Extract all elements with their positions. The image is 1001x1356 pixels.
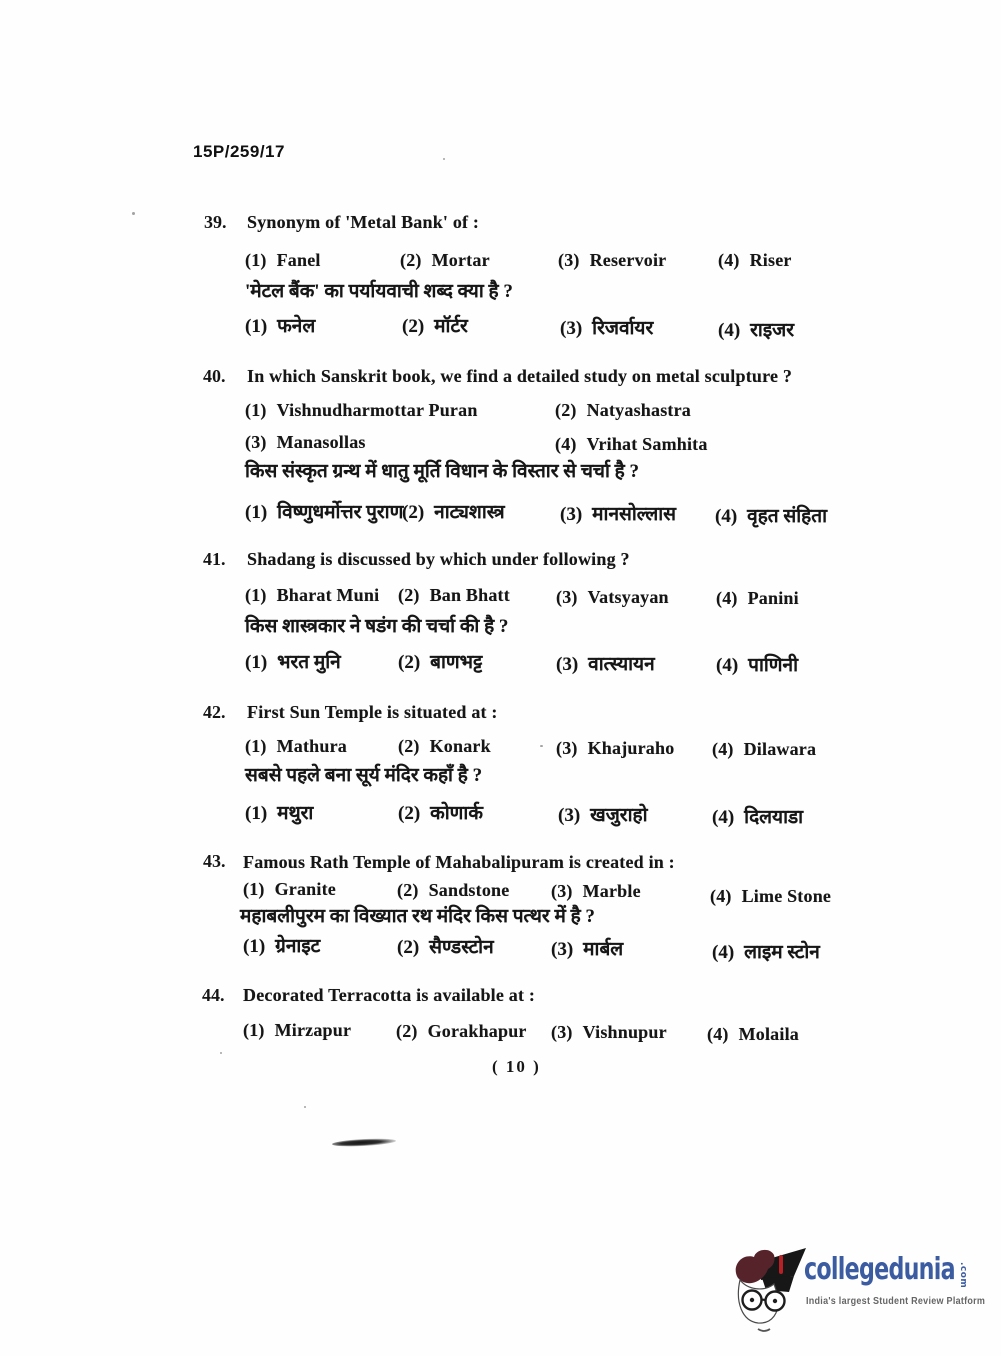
q41-option-2-hi: (2)बाणभट्ट — [398, 648, 482, 674]
question-43-number: 43. — [203, 851, 226, 872]
q44-option-4-en: (4)Molaila — [707, 1024, 799, 1045]
option-number: (4) — [707, 1024, 729, 1045]
option-text: Gorakhapur — [428, 1021, 527, 1041]
brand-name: collegedunia — [804, 1252, 955, 1287]
option-number: (1) — [243, 879, 265, 900]
option-number: (1) — [245, 400, 267, 421]
option-text: Sandstone — [429, 880, 510, 900]
question-42-text-hi: सबसे पहले बना सूर्य मंदिर कहाँ है ? — [245, 765, 482, 787]
q39-option-1-hi: (1)फनेल — [245, 312, 315, 338]
option-text: दिलयाडा — [744, 807, 803, 828]
option-text: मथुरा — [277, 803, 313, 824]
option-text: Lime Stone — [742, 886, 832, 906]
q43-option-1-hi: (1)ग्रेनाइट — [243, 932, 320, 958]
q42-option-4-hi: (4)दिलयाडा — [712, 803, 803, 829]
option-text: Mortar — [432, 250, 490, 270]
question-41-number: 41. — [203, 549, 226, 570]
option-number: (3) — [560, 504, 582, 526]
option-number: (2) — [402, 502, 424, 524]
option-text: मानसोल्लास — [592, 504, 676, 525]
q41-option-1-en: (1)Bharat Muni — [245, 585, 379, 606]
option-text: लाइम स्टोन — [744, 942, 820, 963]
graduate-boy-mascot-icon — [728, 1236, 808, 1336]
option-text: Dilawara — [744, 739, 817, 759]
q41-option-4-en: (4)Panini — [716, 588, 799, 609]
q41-option-1-hi: (1)भरत मुनि — [245, 648, 341, 674]
option-text: विष्णुधर्मोत्तर पुराण — [277, 502, 403, 523]
scan-speck — [132, 212, 135, 215]
option-text: सैण्डस्टोन — [429, 937, 493, 958]
q44-option-2-en: (2)Gorakhapur — [396, 1021, 527, 1042]
option-number: (4) — [716, 588, 738, 609]
question-44-number: 44. — [202, 985, 225, 1006]
brand-tld: .com — [958, 1262, 968, 1288]
option-number: (4) — [712, 739, 734, 760]
q39-option-4-hi: (4)राइजर — [718, 316, 794, 342]
q43-option-4-hi: (4)लाइम स्टोन — [712, 938, 820, 964]
question-43-text-en: Famous Rath Temple of Mahabalipuram is c… — [243, 852, 675, 873]
option-text: खजुराहो — [590, 805, 647, 826]
q43-option-2-en: (2)Sandstone — [397, 880, 509, 901]
option-number: (3) — [556, 654, 578, 676]
option-text: रिजर्वायर — [592, 318, 653, 339]
option-number: (2) — [555, 400, 577, 421]
option-number: (1) — [245, 502, 267, 524]
option-text: Mirzapur — [275, 1020, 352, 1040]
option-number: (2) — [398, 652, 420, 674]
q43-option-3-en: (3)Marble — [551, 881, 641, 902]
option-text: Vishnudharmottar Puran — [277, 400, 478, 420]
brand-tagline: India's largest Student Review Platform — [806, 1296, 985, 1307]
scan-speck — [540, 745, 543, 747]
option-number: (3) — [551, 881, 573, 902]
option-number: (4) — [712, 807, 734, 829]
option-number: (2) — [397, 937, 419, 959]
option-text: Manasollas — [277, 432, 366, 452]
option-number: (3) — [245, 432, 267, 453]
page-number: ( 10 ) — [492, 1057, 541, 1077]
scan-speck — [443, 158, 445, 160]
q40-option-2-en: (2)Natyashastra — [555, 400, 691, 421]
option-number: (1) — [245, 652, 267, 674]
q40-option-2-hi: (2)नाट्यशास्त्र — [402, 498, 505, 524]
collegedunia-logo: collegedunia .com India's largest Studen… — [728, 1236, 1000, 1341]
q40-option-3-hi: (3)मानसोल्लास — [560, 500, 676, 526]
option-text: Marble — [583, 881, 641, 901]
option-text: Konark — [430, 736, 491, 756]
option-number: (2) — [402, 316, 424, 338]
option-text: बाणभट्ट — [430, 652, 482, 673]
q43-option-3-hi: (3)मार्बल — [551, 935, 623, 961]
q43-option-2-hi: (2)सैण्डस्टोन — [397, 933, 494, 959]
question-40-number: 40. — [203, 366, 226, 387]
q40-option-1-hi: (1)विष्णुधर्मोत्तर पुराण — [245, 498, 403, 524]
option-number: (1) — [245, 736, 267, 757]
option-text: Panini — [748, 588, 799, 608]
q39-option-4-en: (4)Riser — [718, 250, 792, 271]
q44-option-1-en: (1)Mirzapur — [243, 1020, 351, 1041]
q39-option-3-hi: (3)रिजर्वायर — [560, 314, 653, 340]
q41-option-3-hi: (3)वात्स्यायन — [556, 650, 655, 676]
option-text: ग्रेनाइट — [275, 936, 320, 957]
option-text: Bharat Muni — [277, 585, 380, 605]
q42-option-3-en: (3)Khajuraho — [556, 738, 674, 759]
option-number: (4) — [715, 506, 737, 528]
ink-smudge — [332, 1137, 396, 1147]
question-44-text-en: Decorated Terracotta is available at : — [243, 985, 535, 1006]
scan-speck — [220, 1052, 222, 1054]
option-text: नाट्यशास्त्र — [434, 502, 504, 523]
option-text: मॉर्टर — [434, 316, 468, 337]
scan-speck — [304, 1106, 306, 1108]
q39-option-2-en: (2)Mortar — [400, 250, 490, 271]
option-text: Ban Bhatt — [430, 585, 510, 605]
option-text: Vishnupur — [583, 1022, 667, 1042]
option-number: (2) — [397, 880, 419, 901]
question-41-text-hi: किस शास्त्रकार ने षडंग की चर्चा की है ? — [245, 616, 508, 638]
option-text: Vrihat Samhita — [587, 434, 708, 454]
option-number: (2) — [396, 1021, 418, 1042]
option-text: मार्बल — [583, 939, 623, 960]
option-number: (1) — [245, 250, 267, 271]
q39-option-2-hi: (2)मॉर्टर — [402, 312, 468, 338]
option-text: कोणार्क — [430, 803, 483, 824]
option-text: Fanel — [277, 250, 321, 270]
option-number: (4) — [555, 434, 577, 455]
option-text: पाणिनी — [748, 655, 798, 676]
option-number: (3) — [558, 805, 580, 827]
q42-option-2-hi: (2)कोणार्क — [398, 799, 483, 825]
option-number: (1) — [243, 936, 265, 958]
option-text: Reservoir — [590, 250, 667, 270]
q40-option-4-hi: (4)वृहत संहिता — [715, 502, 827, 528]
q42-option-4-en: (4)Dilawara — [712, 739, 816, 760]
q39-option-1-en: (1)Fanel — [245, 250, 321, 271]
option-number: (2) — [400, 250, 422, 271]
option-number: (1) — [245, 316, 267, 338]
option-number: (2) — [398, 585, 420, 606]
option-text: भरत मुनि — [277, 652, 341, 673]
option-number: (4) — [718, 320, 740, 342]
q42-option-2-en: (2)Konark — [398, 736, 491, 757]
q40-option-1-en: (1)Vishnudharmottar Puran — [245, 400, 478, 421]
option-number: (2) — [398, 736, 420, 757]
q40-option-3-en: (3)Manasollas — [245, 432, 366, 453]
exam-paper-page: 15P/259/17 39. Synonym of 'Metal Bank' o… — [0, 0, 1001, 1356]
option-number: (3) — [556, 738, 578, 759]
q41-option-3-en: (3)Vatsyayan — [556, 587, 669, 608]
q43-option-1-en: (1)Granite — [243, 879, 336, 900]
question-42-text-en: First Sun Temple is situated at : — [247, 702, 498, 723]
q44-option-3-en: (3)Vishnupur — [551, 1022, 667, 1043]
option-number: (4) — [712, 942, 734, 964]
q39-option-3-en: (3)Reservoir — [558, 250, 666, 271]
option-number: (3) — [558, 250, 580, 271]
option-text: Granite — [275, 879, 336, 899]
option-text: वृहत संहिता — [747, 506, 827, 527]
question-40-text-en: In which Sanskrit book, we find a detail… — [247, 366, 792, 387]
paper-code: 15P/259/17 — [193, 142, 285, 162]
question-43-text-hi: महाबलीपुरम का विख्यात रथ मंदिर किस पत्थर… — [240, 906, 595, 928]
option-text: Vatsyayan — [588, 587, 669, 607]
question-39-text-hi: 'मेटल बैंक' का पर्यायवाची शब्द क्या है ? — [245, 281, 513, 303]
option-number: (3) — [551, 1022, 573, 1043]
option-number: (3) — [556, 587, 578, 608]
q43-option-4-en: (4)Lime Stone — [710, 886, 831, 907]
option-number: (1) — [245, 585, 267, 606]
option-text: Molaila — [739, 1024, 799, 1044]
option-text: फनेल — [277, 316, 315, 337]
option-text: राइजर — [750, 320, 794, 341]
question-39-text-en: Synonym of 'Metal Bank' of : — [247, 212, 479, 233]
option-text: Natyashastra — [587, 400, 691, 420]
option-number: (4) — [718, 250, 740, 271]
option-text: Riser — [750, 250, 792, 270]
q42-option-1-en: (1)Mathura — [245, 736, 347, 757]
question-39-number: 39. — [204, 212, 227, 233]
q40-option-4-en: (4)Vrihat Samhita — [555, 434, 708, 455]
question-42-number: 42. — [203, 702, 226, 723]
q41-option-2-en: (2)Ban Bhatt — [398, 585, 510, 606]
option-number: (2) — [398, 803, 420, 825]
q42-option-3-hi: (3)खजुराहो — [558, 801, 648, 827]
option-text: Mathura — [277, 736, 347, 756]
option-number: (4) — [710, 886, 732, 907]
option-number: (4) — [716, 655, 738, 677]
option-text: Khajuraho — [588, 738, 675, 758]
option-number: (3) — [560, 318, 582, 340]
option-text: वात्स्यायन — [588, 654, 654, 675]
question-41-text-en: Shadang is discussed by which under foll… — [247, 549, 630, 570]
option-number: (1) — [243, 1020, 265, 1041]
option-number: (1) — [245, 803, 267, 825]
option-number: (3) — [551, 939, 573, 961]
q41-option-4-hi: (4)पाणिनी — [716, 651, 798, 677]
question-40-text-hi: किस संस्कृत ग्रन्थ में धातु मूर्ति विधान… — [245, 461, 639, 483]
q42-option-1-hi: (1)मथुरा — [245, 799, 313, 825]
